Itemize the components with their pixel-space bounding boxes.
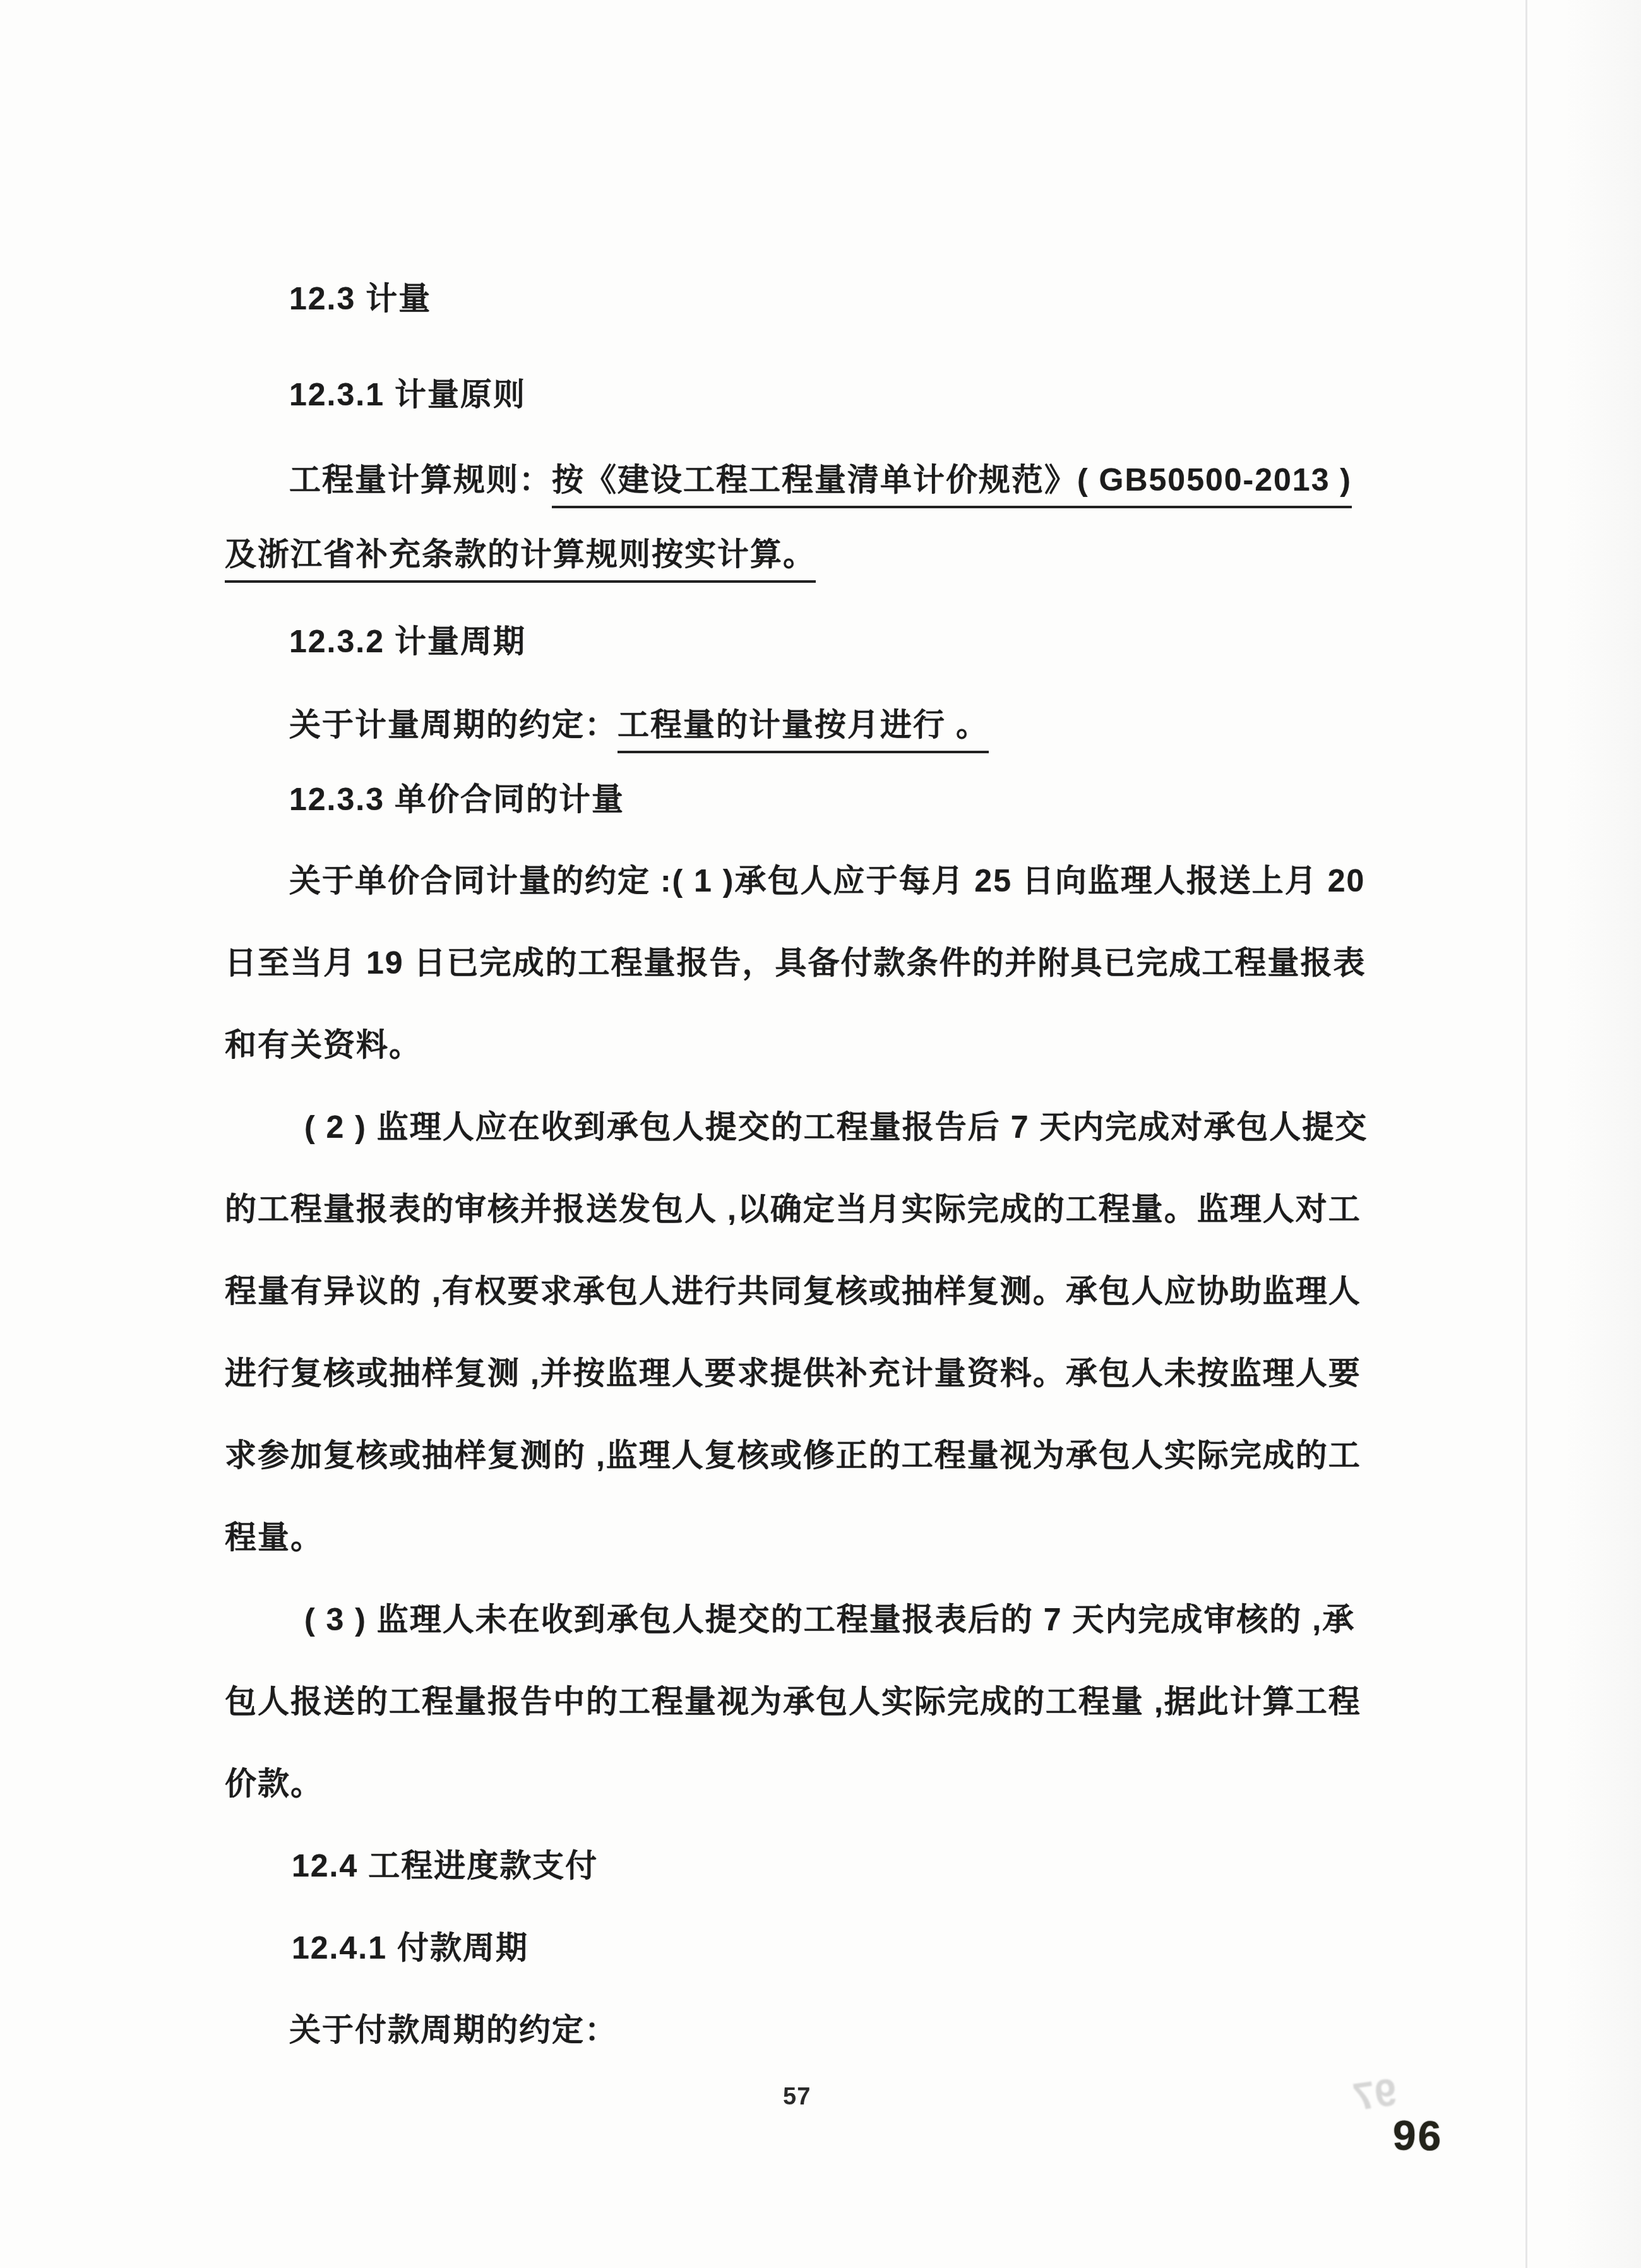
heading-12-4-1: 12.4.1 付款周期 bbox=[292, 1907, 528, 1989]
para-item2-line-3: 程量有异议的 ,有权要求承包人进行共同复核或抽样复测。承包人应协助监理人 bbox=[225, 1250, 1361, 1332]
heading-12-4: 12.4 工程进度款支付 bbox=[292, 1825, 598, 1907]
para-measure-rule-value-underlined: 按《建设工程工程量清单计价规范》( GB50500-2013 ) bbox=[552, 462, 1352, 508]
scan-edge-shade bbox=[1565, 0, 1641, 2268]
para-item3-line-3: 价款。 bbox=[225, 1743, 323, 1825]
heading-12-3: 12.3 计量 bbox=[289, 258, 431, 340]
para-item2-line-2: 的工程量报表的审核并报送发包人 ,以确定当月实际完成的工程量。监理人对工 bbox=[225, 1168, 1361, 1250]
para-unit-price-line-2: 日至当月 19 日已完成的工程量报告，具备付款条件的并附具已完成工程量报表 bbox=[225, 922, 1366, 1004]
page-stamp-ghost: 97 bbox=[1350, 2070, 1399, 2120]
para-measure-rule: 工程量计算规则：按《建设工程工程量清单计价规范》( GB50500-2013 ) bbox=[289, 439, 1352, 521]
para-item2-line-5: 求参加复核或抽样复测的 ,监理人复核或修正的工程量视为承包人实际完成的工 bbox=[225, 1414, 1361, 1496]
heading-12-3-1: 12.3.1 计量原则 bbox=[289, 354, 526, 436]
para-measure-rule-value-underlined-2: 及浙江省补充条款的计算规则按实计算。 bbox=[225, 537, 816, 583]
heading-12-3-2: 12.3.2 计量周期 bbox=[289, 600, 526, 683]
para-measure-period: 关于计量周期的约定：工程量的计量按月进行 。 bbox=[289, 684, 989, 766]
para-measure-period-value-underlined: 工程量的计量按月进行 。 bbox=[618, 707, 989, 753]
page-number: 57 bbox=[783, 2084, 811, 2111]
scanned-contract-page: 12.3 计量 12.3.1 计量原则 工程量计算规则：按《建设工程工程量清单计… bbox=[0, 0, 1641, 2268]
para-item3-line-1: ( 3 ) 监理人未在收到承包人提交的工程量报表后的 7 天内完成审核的 ,承 bbox=[304, 1579, 1355, 1661]
para-unit-price-line-3: 和有关资料。 bbox=[225, 1004, 422, 1086]
para-item2-line-4: 进行复核或抽样复测 ,并按监理人要求提供补充计量资料。承包人未按监理人要 bbox=[225, 1332, 1361, 1414]
para-item2-line-6: 程量。 bbox=[225, 1496, 323, 1579]
para-item3-line-2: 包人报送的工程量报告中的工程量视为承包人实际完成的工程量 ,据此计算工程 bbox=[225, 1661, 1361, 1743]
para-measure-rule-continued: 及浙江省补充条款的计算规则按实计算。 bbox=[225, 513, 816, 595]
para-payment-period: 关于付款周期的约定： bbox=[289, 1989, 618, 2071]
page-stamp: 96 bbox=[1392, 2111, 1443, 2159]
para-measure-period-label: 关于计量周期的约定： bbox=[289, 707, 618, 743]
para-item2-line-1: ( 2 ) 监理人应在收到承包人提交的工程量报告后 7 天内完成对承包人提交 bbox=[304, 1086, 1368, 1168]
heading-12-3-3: 12.3.3 单价合同的计量 bbox=[289, 758, 624, 840]
para-unit-price-line-1: 关于单价合同计量的约定 :( 1 )承包人应于每月 25 日向监理人报送上月 2… bbox=[289, 840, 1365, 922]
scan-artifact-line bbox=[1525, 0, 1527, 2268]
para-measure-rule-label: 工程量计算规则： bbox=[289, 462, 552, 498]
